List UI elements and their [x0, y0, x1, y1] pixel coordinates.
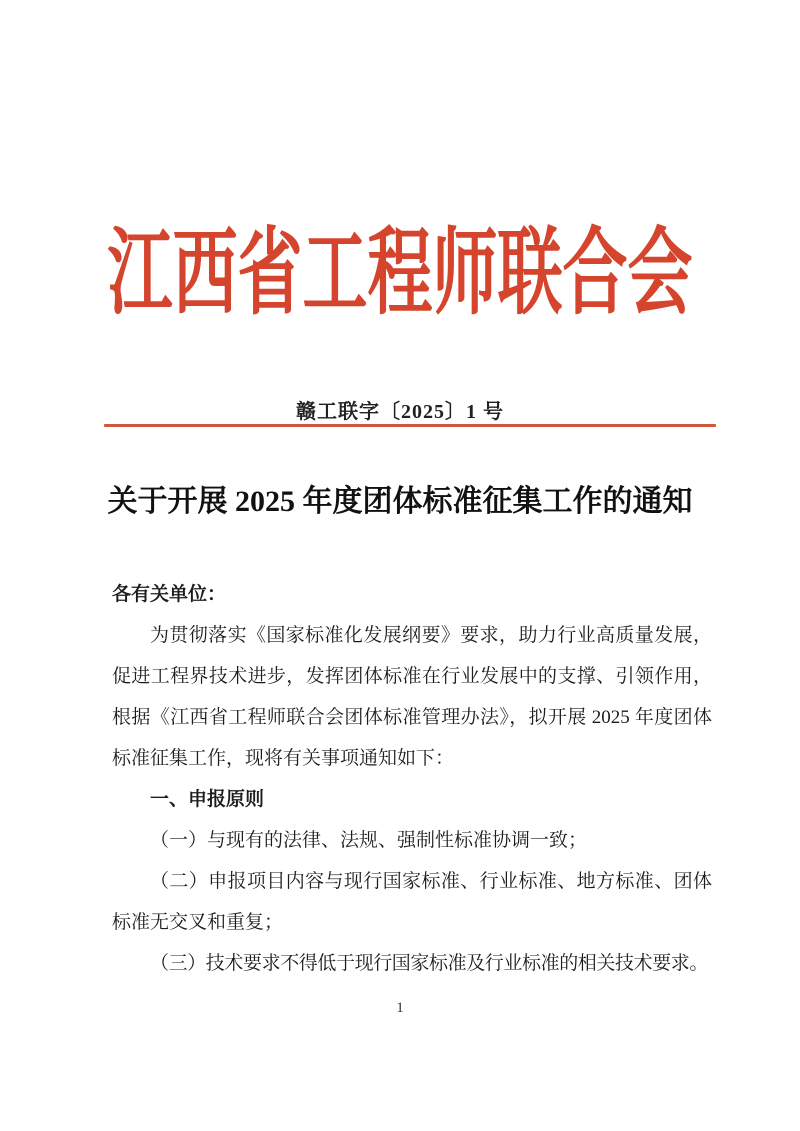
- body-line: （三）技术要求不得低于现行国家标准及行业标准的相关技术要求。: [112, 943, 712, 984]
- document-page: 江西省工程师联合会 赣工联字〔2025〕1 号 关于开展 2025 年度团体标准…: [0, 0, 800, 1131]
- notice-body: 各有关单位： 为贯彻落实《国家标准化发展纲要》要求，助力行业高质量发展，促进工程…: [112, 574, 712, 984]
- doc-reference-number: 赣工联字〔2025〕1 号: [0, 395, 800, 424]
- body-line: （一）与现有的法律、法规、强制性标准协调一致；: [112, 820, 712, 861]
- body-line: 标准征集工作，现将有关事项通知如下：: [112, 738, 712, 779]
- notice-title: 关于开展 2025 年度团体标准征集工作的通知: [0, 476, 800, 520]
- salutation: 各有关单位：: [112, 574, 712, 615]
- body-lines-container: 为贯彻落实《国家标准化发展纲要》要求，助力行业高质量发展，促进工程界技术进步，发…: [112, 615, 712, 984]
- body-line: 促进工程界技术进步，发挥团体标准在行业发展中的支撑、引领作用，: [112, 656, 712, 697]
- letterhead-org-name: 江西省工程师联合会: [0, 228, 800, 322]
- letterhead-divider-rule: [104, 424, 716, 427]
- section-heading: 一、申报原则: [112, 779, 712, 820]
- body-line: 标准无交叉和重复；: [112, 902, 712, 943]
- body-line: 为贯彻落实《国家标准化发展纲要》要求，助力行业高质量发展，: [112, 615, 712, 656]
- body-line: （二）申报项目内容与现行国家标准、行业标准、地方标准、团体: [112, 861, 712, 902]
- page-number: 1: [0, 1000, 800, 1017]
- body-line: 根据《江西省工程师联合会团体标准管理办法》，拟开展 2025 年度团体: [112, 697, 712, 738]
